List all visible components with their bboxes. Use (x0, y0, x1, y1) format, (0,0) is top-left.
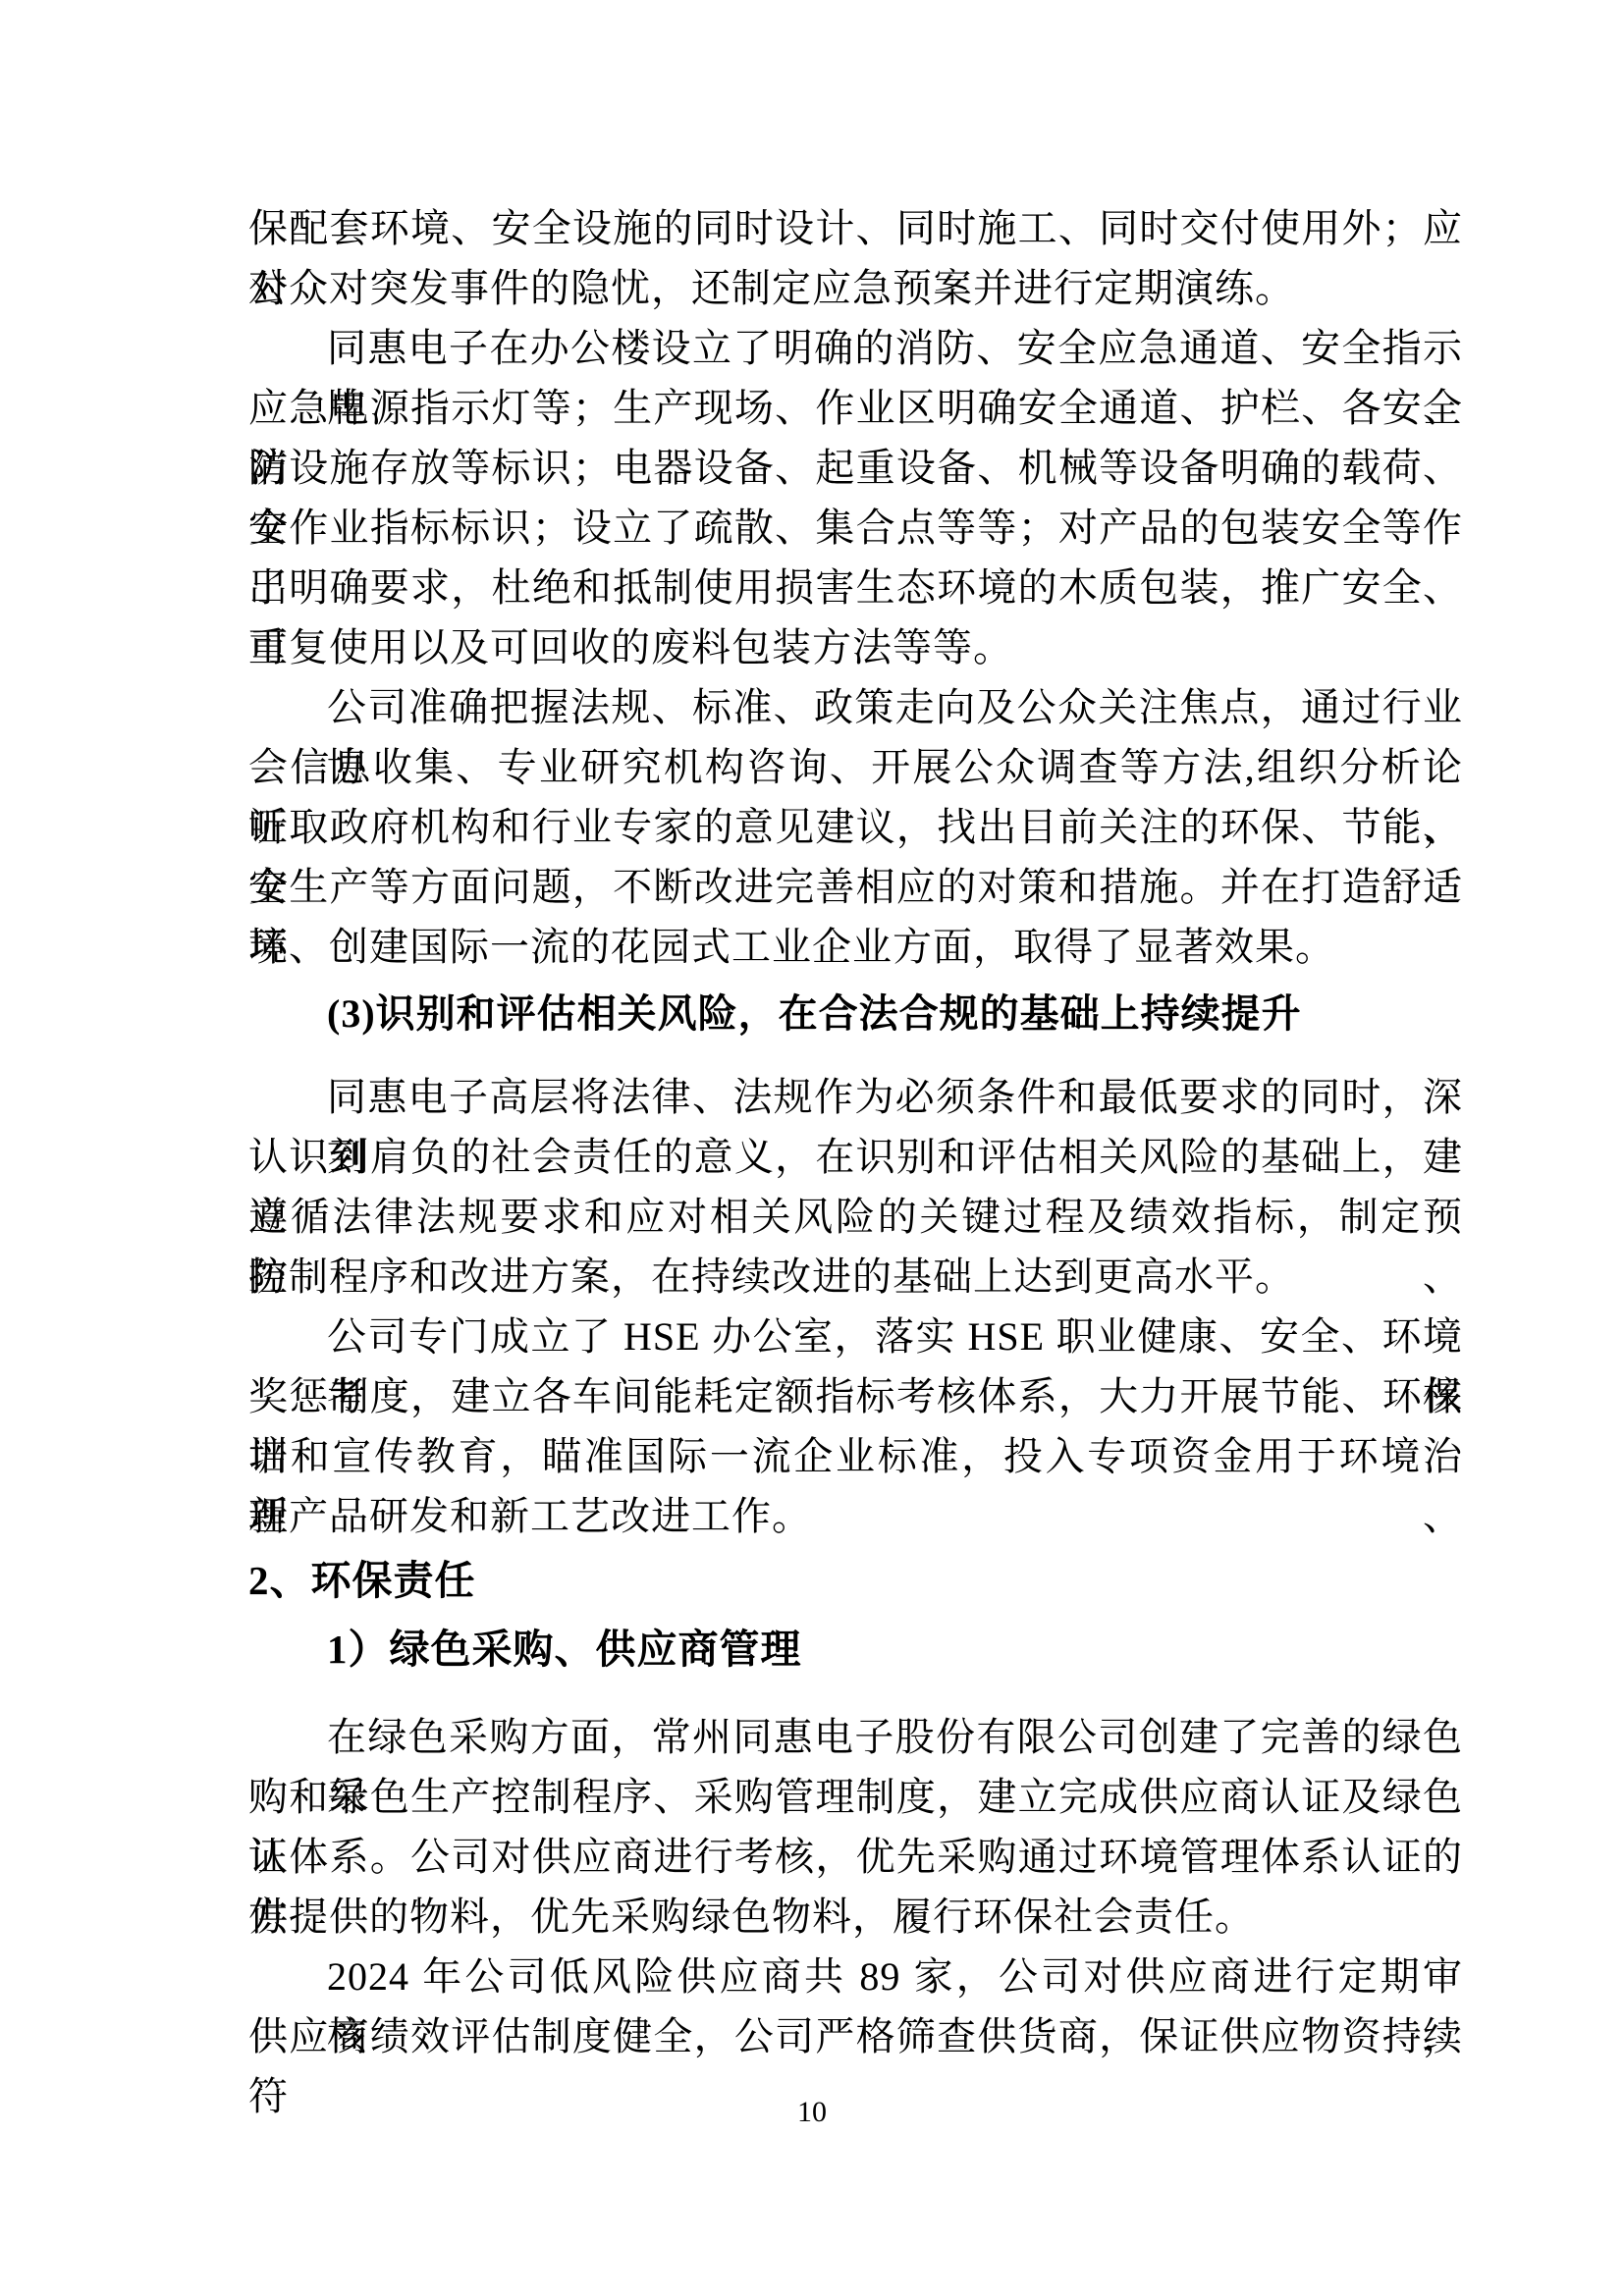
text-line: 控制程序和改进方案，在持续改进的基础上达到更高水平。 (248, 1247, 1463, 1307)
heading-line: 1）绿色采购、供应商管理 (248, 1620, 1463, 1680)
text-line: 遵循法律法规要求和应对相关风险的关键过程及绩效指标，制定预防、 (248, 1187, 1463, 1247)
heading-environmental-responsibility: 2、环保责任 (248, 1551, 1463, 1611)
document-page: 保配套环境、安全设施的同时设计、同时施工、同时交付使用外；应对公众对突发事件的隐… (0, 0, 1624, 2296)
text-line: 听取政府机构和行业专家的意见建议，找出目前关注的环保、节能、安 (248, 797, 1463, 857)
text-line: 证体系。公司对供应商进行考核，优先采购通过环境管理体系认证的供 (248, 1827, 1463, 1887)
text-line: 在绿色采购方面，常州同惠电子股份有限公司创建了完善的绿色采 (248, 1707, 1463, 1767)
text-line: 应急电源指示灯等；生产现场、作业区明确安全通道、护栏、各安全消 (248, 378, 1463, 438)
page-number: 10 (0, 2095, 1624, 2130)
text-line: 同惠电子高层将法律、法规作为必须条件和最低要求的同时，深刻 (248, 1067, 1463, 1127)
text-line: 重复使用以及可回收的废料包装方法等等。 (248, 617, 1463, 677)
text-line: 购和绿色生产控制程序、采购管理制度，建立完成供应商认证及绿色认 (248, 1767, 1463, 1827)
text-line: 方提供的物料，优先采购绿色物料，履行环保社会责任。 (248, 1887, 1463, 1947)
paragraph-continuation-three-simultaneous: 保配套环境、安全设施的同时设计、同时施工、同时交付使用外；应对公众对突发事件的隐… (248, 198, 1463, 318)
paragraph-regulation-tracking: 公司准确把握法规、标准、政策走向及公众关注焦点，通过行业协会信息收集、专业研究机… (248, 677, 1463, 977)
text-line: 保配套环境、安全设施的同时设计、同时施工、同时交付使用外；应对 (248, 198, 1463, 258)
heading-green-procurement: 1）绿色采购、供应商管理 (248, 1620, 1463, 1680)
text-line: 奖惩制度，建立各车间能耗定额指标考核体系，大力开展节能、环保培 (248, 1366, 1463, 1426)
paragraph-supplier-audit: 2024 年公司低风险供应商共 89 家，公司对供应商进行定期审核，供应商绩效评… (248, 1947, 1463, 2066)
heading-line: (3)识别和评估相关风险，在合法合规的基础上持续提升 (248, 984, 1463, 1043)
text-line: 训和宣传教育，瞄准国际一流企业标准，投入专项资金用于环境治理、 (248, 1426, 1463, 1486)
text-line: 认识到肩负的社会责任的意义，在识别和评估相关风险的基础上，建立 (248, 1127, 1463, 1187)
heading-line: 2、环保责任 (248, 1551, 1463, 1611)
text-line: 会信息收集、专业研究机构咨询、开展公众调查等方法,组织分析论证， (248, 737, 1463, 797)
paragraph-hse-office: 公司专门成立了 HSE 办公室，落实 HSE 职业健康、安全、环境考核奖惩制度，… (248, 1307, 1463, 1546)
text-line: 公司专门成立了 HSE 办公室，落实 HSE 职业健康、安全、环境考核 (248, 1307, 1463, 1366)
page-content: 保配套环境、安全设施的同时设计、同时施工、同时交付使用外；应对公众对突发事件的隐… (248, 198, 1463, 2066)
text-line: 2024 年公司低风险供应商共 89 家，公司对供应商进行定期审核， (248, 1947, 1463, 2006)
paragraph-risk-management: 同惠电子高层将法律、法规作为必须条件和最低要求的同时，深刻认识到肩负的社会责任的… (248, 1067, 1463, 1307)
text-line: 同惠电子在办公楼设立了明确的消防、安全应急通道、安全指示牌、 (248, 318, 1463, 378)
text-line: 供应商绩效评估制度健全，公司严格筛查供货商，保证供应物资持续符 (248, 2006, 1463, 2066)
text-line: 全生产等方面问题，不断改进完善相应的对策和措施。并在打造舒适环 (248, 857, 1463, 917)
text-line: 全作业指标标识；设立了疏散、集合点等等；对产品的包装安全等作出 (248, 498, 1463, 558)
text-line: 境、创建国际一流的花园式工业企业方面，取得了显著效果。 (248, 917, 1463, 977)
text-line: 公众对突发事件的隐忧，还制定应急预案并进行定期演练。 (248, 258, 1463, 318)
text-line: 防设施存放等标识；电器设备、起重设备、机械等设备明确的载荷、安 (248, 438, 1463, 498)
text-line: 了明确要求，杜绝和抵制使用损害生态环境的木质包装，推广安全、可 (248, 558, 1463, 617)
heading-risk-assessment: (3)识别和评估相关风险，在合法合规的基础上持续提升 (248, 984, 1463, 1043)
paragraph-safety-signage: 同惠电子在办公楼设立了明确的消防、安全应急通道、安全指示牌、应急电源指示灯等；生… (248, 318, 1463, 677)
paragraph-green-procurement: 在绿色采购方面，常州同惠电子股份有限公司创建了完善的绿色采购和绿色生产控制程序、… (248, 1707, 1463, 1947)
text-line: 公司准确把握法规、标准、政策走向及公众关注焦点，通过行业协 (248, 677, 1463, 737)
